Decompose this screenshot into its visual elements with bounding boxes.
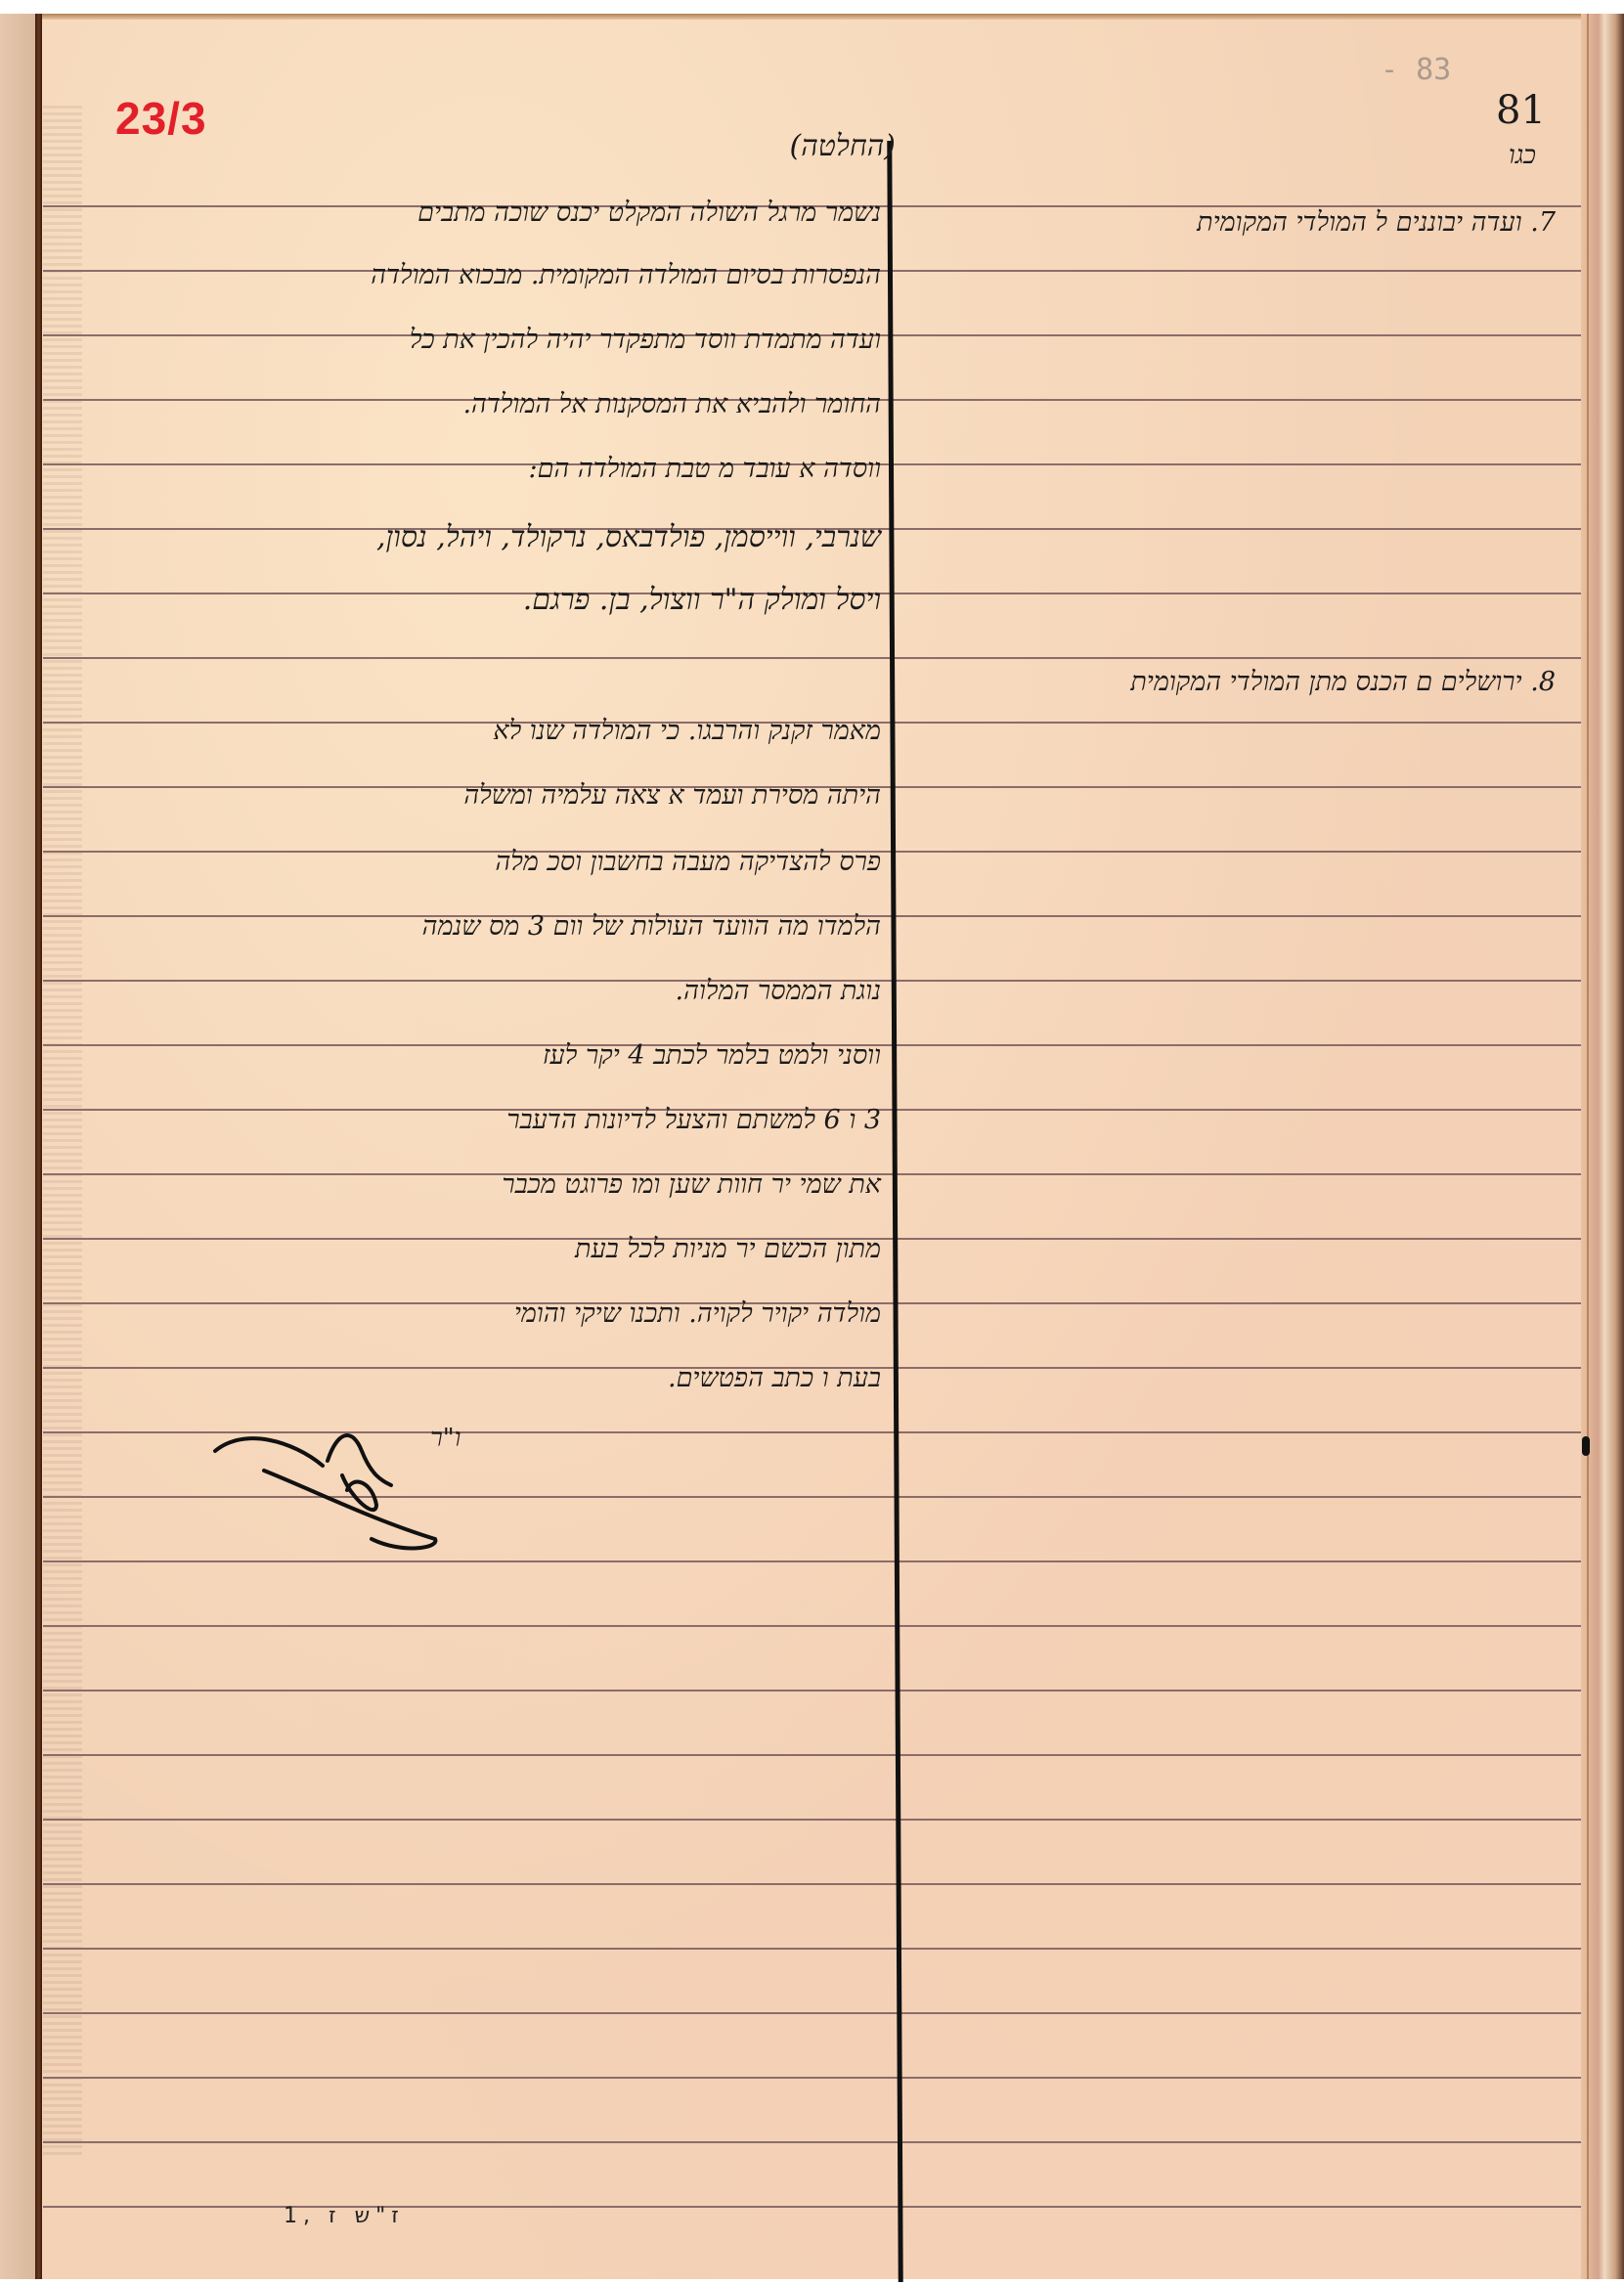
minutes-line: הלמדו מה הוועד העולות של וום 3 מס שנמה <box>422 911 881 942</box>
agenda-item-7: 7. ועדה יבוננים ל המולדי המקומית <box>1197 207 1556 238</box>
minutes-line: החומר ולהביא את המסקנות אל המולדה. <box>462 389 881 419</box>
binding-strip <box>0 14 35 2279</box>
minutes-line: מתון הכשם יר מניות לכל בעת <box>575 1234 881 1264</box>
footer-marks: ז"ש ז ,1 <box>284 2204 405 2228</box>
agenda-item-text: ועדה יבוננים ל המולדי המקומית <box>1197 207 1522 238</box>
agenda-item-number: 8. <box>1530 667 1556 697</box>
agenda-item-8: 8. ירושלים ם הכנס מתן המולדי המקומית <box>1130 667 1556 697</box>
faded-page-number: - 83 <box>1381 53 1451 87</box>
minutes-line: 3 ו 6 למשתם והצעל לדיונות הדעבר <box>506 1105 881 1135</box>
minutes-line: שנרבי, ווייסמן, פולדבאס, נרקולד, ויהל, נ… <box>376 520 881 554</box>
minutes-line: ווסדה א עובד מ טבת המולדה הם: <box>529 454 881 484</box>
ink-mark <box>1582 1436 1590 1456</box>
signature-scribble <box>205 1422 450 1568</box>
minutes-line: ווסני ולמט בלמר לכתב 4 יקר לעז <box>543 1040 881 1071</box>
minutes-line: ועדה מתמדת ווסד מתפקדר יהיה להכין את כל <box>410 325 881 355</box>
minutes-line: מולדה יקויר לקויה. ותכנו שיקי והומי <box>514 1298 881 1329</box>
date-stamp: 23/3 <box>115 92 207 145</box>
notebook-page: 23/3 - 83 81 כגו 7. ועדה יבוננים ל המולד… <box>0 14 1624 2279</box>
binding-margin-line <box>35 14 42 2279</box>
page-top-edge <box>0 14 1624 20</box>
agenda-item-text: ירושלים ם הכנס מתן המולדי המקומית <box>1130 667 1521 697</box>
decision-heading: (החלטה) <box>790 129 896 163</box>
agenda-item-number: 7. <box>1530 207 1556 238</box>
minutes-line: בעת ו כתב הפטשים. <box>668 1363 881 1393</box>
minutes-line: הנפסרות בסיום המולדה המקומית. מבכוא המול… <box>371 260 881 290</box>
minutes-line: ויסל ומולק ה"ר ווצול, בן. פרגם. <box>523 583 881 617</box>
minutes-line: פרס להצדיקה מעבה בחשבון וסכ מלה <box>495 847 881 877</box>
minutes-line: מאמר זקנק והרבגו. כי המולדה שנו לא <box>493 716 881 746</box>
minutes-line: נוגת הממסר המלוה. <box>676 976 881 1006</box>
minutes-line: את שמי יר חוות שען ומו פרוגט מכבר <box>502 1169 881 1200</box>
right-margin-line <box>1587 14 1589 2279</box>
margin-stain <box>43 102 82 2155</box>
page-number: 81 <box>1496 88 1546 133</box>
minutes-line: נשמר מרגל השולה המקלט יכנס שוכה מתבים <box>417 198 881 228</box>
minutes-line: היתה מסירת ועמד א צאה עלמיה ומשלה <box>463 780 881 811</box>
right-header-note: כגו <box>1509 141 1536 170</box>
